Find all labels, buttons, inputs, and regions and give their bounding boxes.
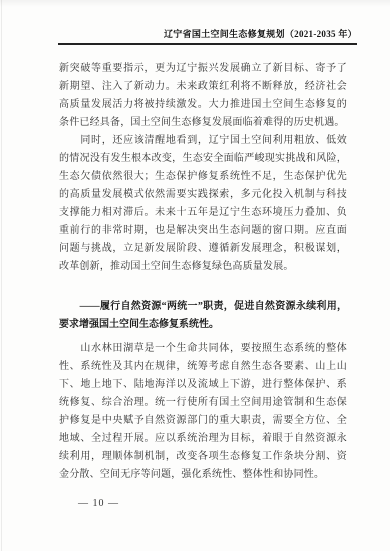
text-line: 生态欠债依然很大；生态保护修复系统性不足，生态保护优先	[59, 168, 347, 186]
paragraph-3: 山水林田湖草是一个生命共同体，要按照生态系统的整体性、系统性及其内在规律，统筹考…	[59, 340, 347, 484]
text-line: 续利用，理顺体制机制，改变各项生态修复工作条块分割、资	[59, 448, 347, 466]
text-line: 高质量发展活力将被持续激发。大力推进国土空间生态修复的	[59, 96, 347, 114]
text-line: 支撑能力相对滞后。未来十五年是辽宁生态环境压力叠加、负	[59, 204, 347, 222]
text-line: 金分散、空间无序等问题，强化系统性、整体性和协同性。	[59, 466, 347, 484]
text-line: ——履行自然资源“两统一”职责，促进自然资源永续利用，	[59, 298, 347, 316]
scan-edge-left	[1, 0, 2, 551]
text-line: 下、地上地下、陆地海洋以及流域上下游，进行整体保护、系	[59, 376, 347, 394]
page-content: 新突破等重要指示，更为辽宁振兴发展确立了新目标、寄予了新期望、注入了新动力。未来…	[59, 60, 347, 509]
text-line: 的高质量发展模式依然需要实践探索，多元化投入机制与科技	[59, 186, 347, 204]
text-line: 性、系统性及其内在规律，统筹考虑自然生态各要素、山上山	[59, 358, 347, 376]
text-line: 新期望、注入了新动力。未来政策红利将不断释放，经济社会	[59, 78, 347, 96]
document-page: 辽宁省国土空间生态修复规划（2021-2035 年） 新突破等重要指示，更为辽宁…	[0, 0, 390, 551]
text-line: 同时，还应该清醒地看到，辽宁国土空间利用粗放、低效	[59, 132, 347, 150]
text-line: 改革创新，推动国土空间生态修复绿色高质量发展。	[59, 258, 347, 276]
header-title: 辽宁省国土空间生态修复规划（2021-2035 年）	[58, 28, 357, 41]
text-line: 重前行的非常时期，也是解决突出生态问题的窗口期。应直面	[59, 222, 347, 240]
text-line: 条件已经具备，国土空间生态修复发展面临着难得的历史机遇。	[59, 114, 347, 132]
header-rule	[58, 43, 357, 45]
text-line: 要求增强国土空间生态修复系统性。	[59, 316, 347, 334]
text-line: 的情况没有发生根本改变，生态安全面临严峻现实挑战和风险，	[59, 150, 347, 168]
text-line: 新突破等重要指示，更为辽宁振兴发展确立了新目标、寄予了	[59, 60, 347, 78]
text-line: 山水林田湖草是一个生命共同体，要按照生态系统的整体	[59, 340, 347, 358]
page-number: — 10 —	[78, 498, 347, 509]
scan-edge-top	[0, 0, 390, 7]
section-heading: ——履行自然资源“两统一”职责，促进自然资源永续利用，要求增强国土空间生态修复系…	[59, 298, 347, 334]
text-line: 问题与挑战，立足新发展阶段、遵循新发展理念，积极谋划，	[59, 240, 347, 258]
paragraph-continuation: 新突破等重要指示，更为辽宁振兴发展确立了新目标、寄予了新期望、注入了新动力。未来…	[59, 60, 347, 132]
page-header: 辽宁省国土空间生态修复规划（2021-2035 年）	[58, 28, 357, 45]
text-line: 地域、全过程开展。应以系统治理为目标，着眼于自然资源永	[59, 430, 347, 448]
paragraph-2: 同时，还应该清醒地看到，辽宁国土空间利用粗放、低效的情况没有发生根本改变，生态安…	[59, 132, 347, 276]
text-line: 护修复是中央赋予自然资源部门的重大职责，需要全方位、全	[59, 412, 347, 430]
text-line: 统修复、综合治理。统一行使所有国土空间用途管制和生态保	[59, 394, 347, 412]
